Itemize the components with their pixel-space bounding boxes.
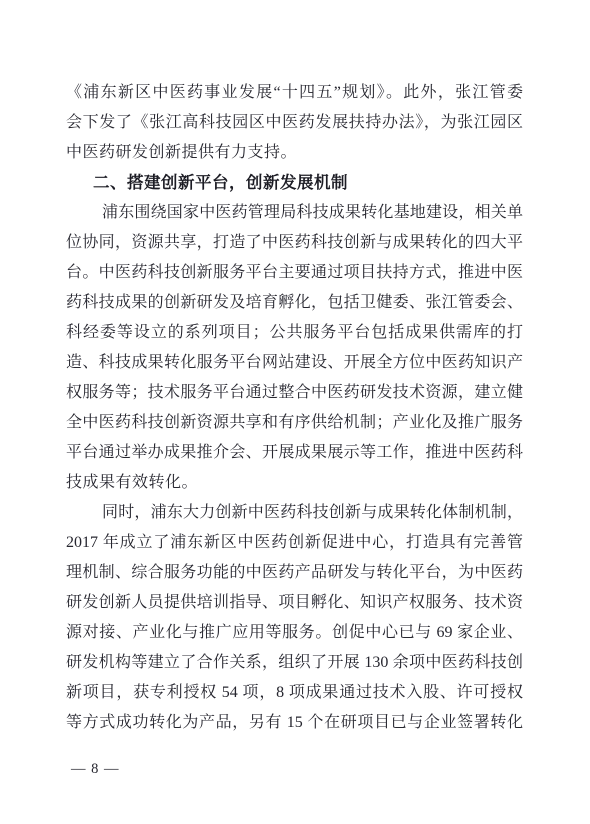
text-line: 中医药研发创新提供有力支持。 bbox=[66, 138, 523, 168]
text-line: 浦东围绕国家中医药管理局科技成果转化基地建设，相关单 bbox=[66, 198, 523, 228]
document-page: 《浦东新区中医药事业发展“十四五”规划》。此外，张江管委会下发了《张江高科技园区… bbox=[0, 0, 590, 824]
section-heading: 二、搭建创新平台，创新发展机制 bbox=[66, 168, 523, 198]
text-line: 理机制、综合服务功能的中医药产品研发与转化平台，为中医药 bbox=[66, 558, 523, 588]
text-line: 《浦东新区中医药事业发展“十四五”规划》。此外，张江管委 bbox=[66, 78, 523, 108]
innovation-center-paragraph: 同时，浦东大力创新中医药科技创新与成果转化体制机制，2017 年成立了浦东新区中… bbox=[66, 498, 523, 738]
text-line: 权服务等；技术服务平台通过整合中医药研发技术资源，建立健 bbox=[66, 378, 523, 408]
text-line: 位协同，资源共享，打造了中医药科技创新与成果转化的四大平 bbox=[66, 228, 523, 258]
text-line: 研发创新人员提供培训指导、项目孵化、知识产权服务、技术资 bbox=[66, 588, 523, 618]
text-line: 会下发了《张江高科技园区中医药发展扶持办法》，为张江园区 bbox=[66, 108, 523, 138]
text-line: 全中医药科技创新资源共享和有序供给机制；产业化及推广服务 bbox=[66, 408, 523, 438]
text-line: 研发机构等建立了合作关系，组织了开展 130 余项中医药科技创 bbox=[66, 648, 523, 678]
page-number: — 8 — bbox=[71, 760, 120, 778]
text-line: 同时，浦东大力创新中医药科技创新与成果转化体制机制， bbox=[66, 498, 523, 528]
text-line: 等方式成功转化为产品，另有 15 个在研项目已与企业签署转化 bbox=[66, 708, 523, 738]
text-line: 新项目，获专利授权 54 项，8 项成果通过技术入股、许可授权 bbox=[66, 678, 523, 708]
text-line: 平台通过举办成果推介会、开展成果展示等工作，推进中医药科 bbox=[66, 438, 523, 468]
text-line: 科经委等设立的系列项目；公共服务平台包括成果供需库的打 bbox=[66, 318, 523, 348]
text-line: 药科技成果的创新研发及培育孵化，包括卫健委、张江管委会、 bbox=[66, 288, 523, 318]
text-line: 源对接、产业化与推广应用等服务。创促中心已与 69 家企业、 bbox=[66, 618, 523, 648]
text-line: 造、科技成果转化服务平台网站建设、开展全方位中医药知识产 bbox=[66, 348, 523, 378]
text-line: 技成果有效转化。 bbox=[66, 468, 523, 498]
platforms-paragraph: 浦东围绕国家中医药管理局科技成果转化基地建设，相关单位协同，资源共享，打造了中医… bbox=[66, 198, 523, 498]
intro-continuation-paragraph: 《浦东新区中医药事业发展“十四五”规划》。此外，张江管委会下发了《张江高科技园区… bbox=[66, 78, 523, 168]
page-content: 《浦东新区中医药事业发展“十四五”规划》。此外，张江管委会下发了《张江高科技园区… bbox=[66, 78, 523, 738]
text-line: 台。中医药科技创新服务平台主要通过项目扶持方式，推进中医 bbox=[66, 258, 523, 288]
text-line: 2017 年成立了浦东新区中医药创新促进中心，打造具有完善管 bbox=[66, 528, 523, 558]
